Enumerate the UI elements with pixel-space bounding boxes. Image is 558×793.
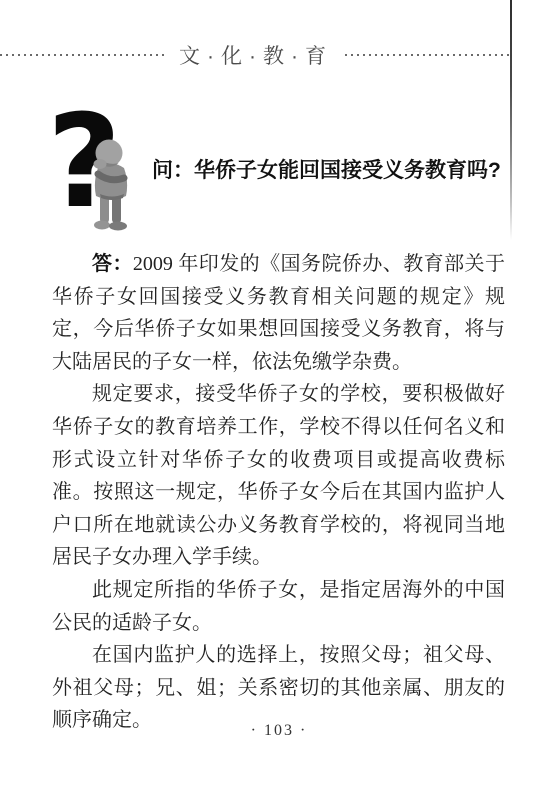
answer-paragraph-1: 答：2009 年印发的《国务院侨办、教育部关于华侨子女回国接受义务教育相关问题的… <box>52 248 505 378</box>
question-text: 华侨子女能回国接受义务教育吗? <box>194 159 501 182</box>
book-page: 文·化·教·育 ? <box>0 0 558 793</box>
header-dotted-rule-right <box>345 54 512 57</box>
question-prefix: 问： <box>152 159 194 182</box>
answer-paragraph-3: 此规定所指的华侨子女，是指定居海外的中国公民的适龄子女。 <box>52 574 505 639</box>
question-heading: 问：华侨子女能回国接受义务教育吗? <box>152 154 501 184</box>
section-title: 文·化·教·育 <box>167 40 345 70</box>
question-mark-illustration: ? <box>54 110 152 236</box>
question-mark-thinker-icon: ? <box>54 110 152 236</box>
page-edge-scan-line <box>510 0 512 240</box>
page-number: · 103 · <box>0 722 558 740</box>
answer-body: 答：2009 年印发的《国务院侨办、教育部关于华侨子女回国接受义务教育相关问题的… <box>52 248 505 737</box>
answer-prefix: 答： <box>92 253 133 275</box>
answer-paragraph-2: 规定要求，接受华侨子女的学校，要积极做好华侨子女的教育培养工作，学校不得以任何名… <box>52 378 505 574</box>
header-dotted-rule-left <box>0 54 167 57</box>
page-header: 文·化·教·育 <box>0 42 512 68</box>
